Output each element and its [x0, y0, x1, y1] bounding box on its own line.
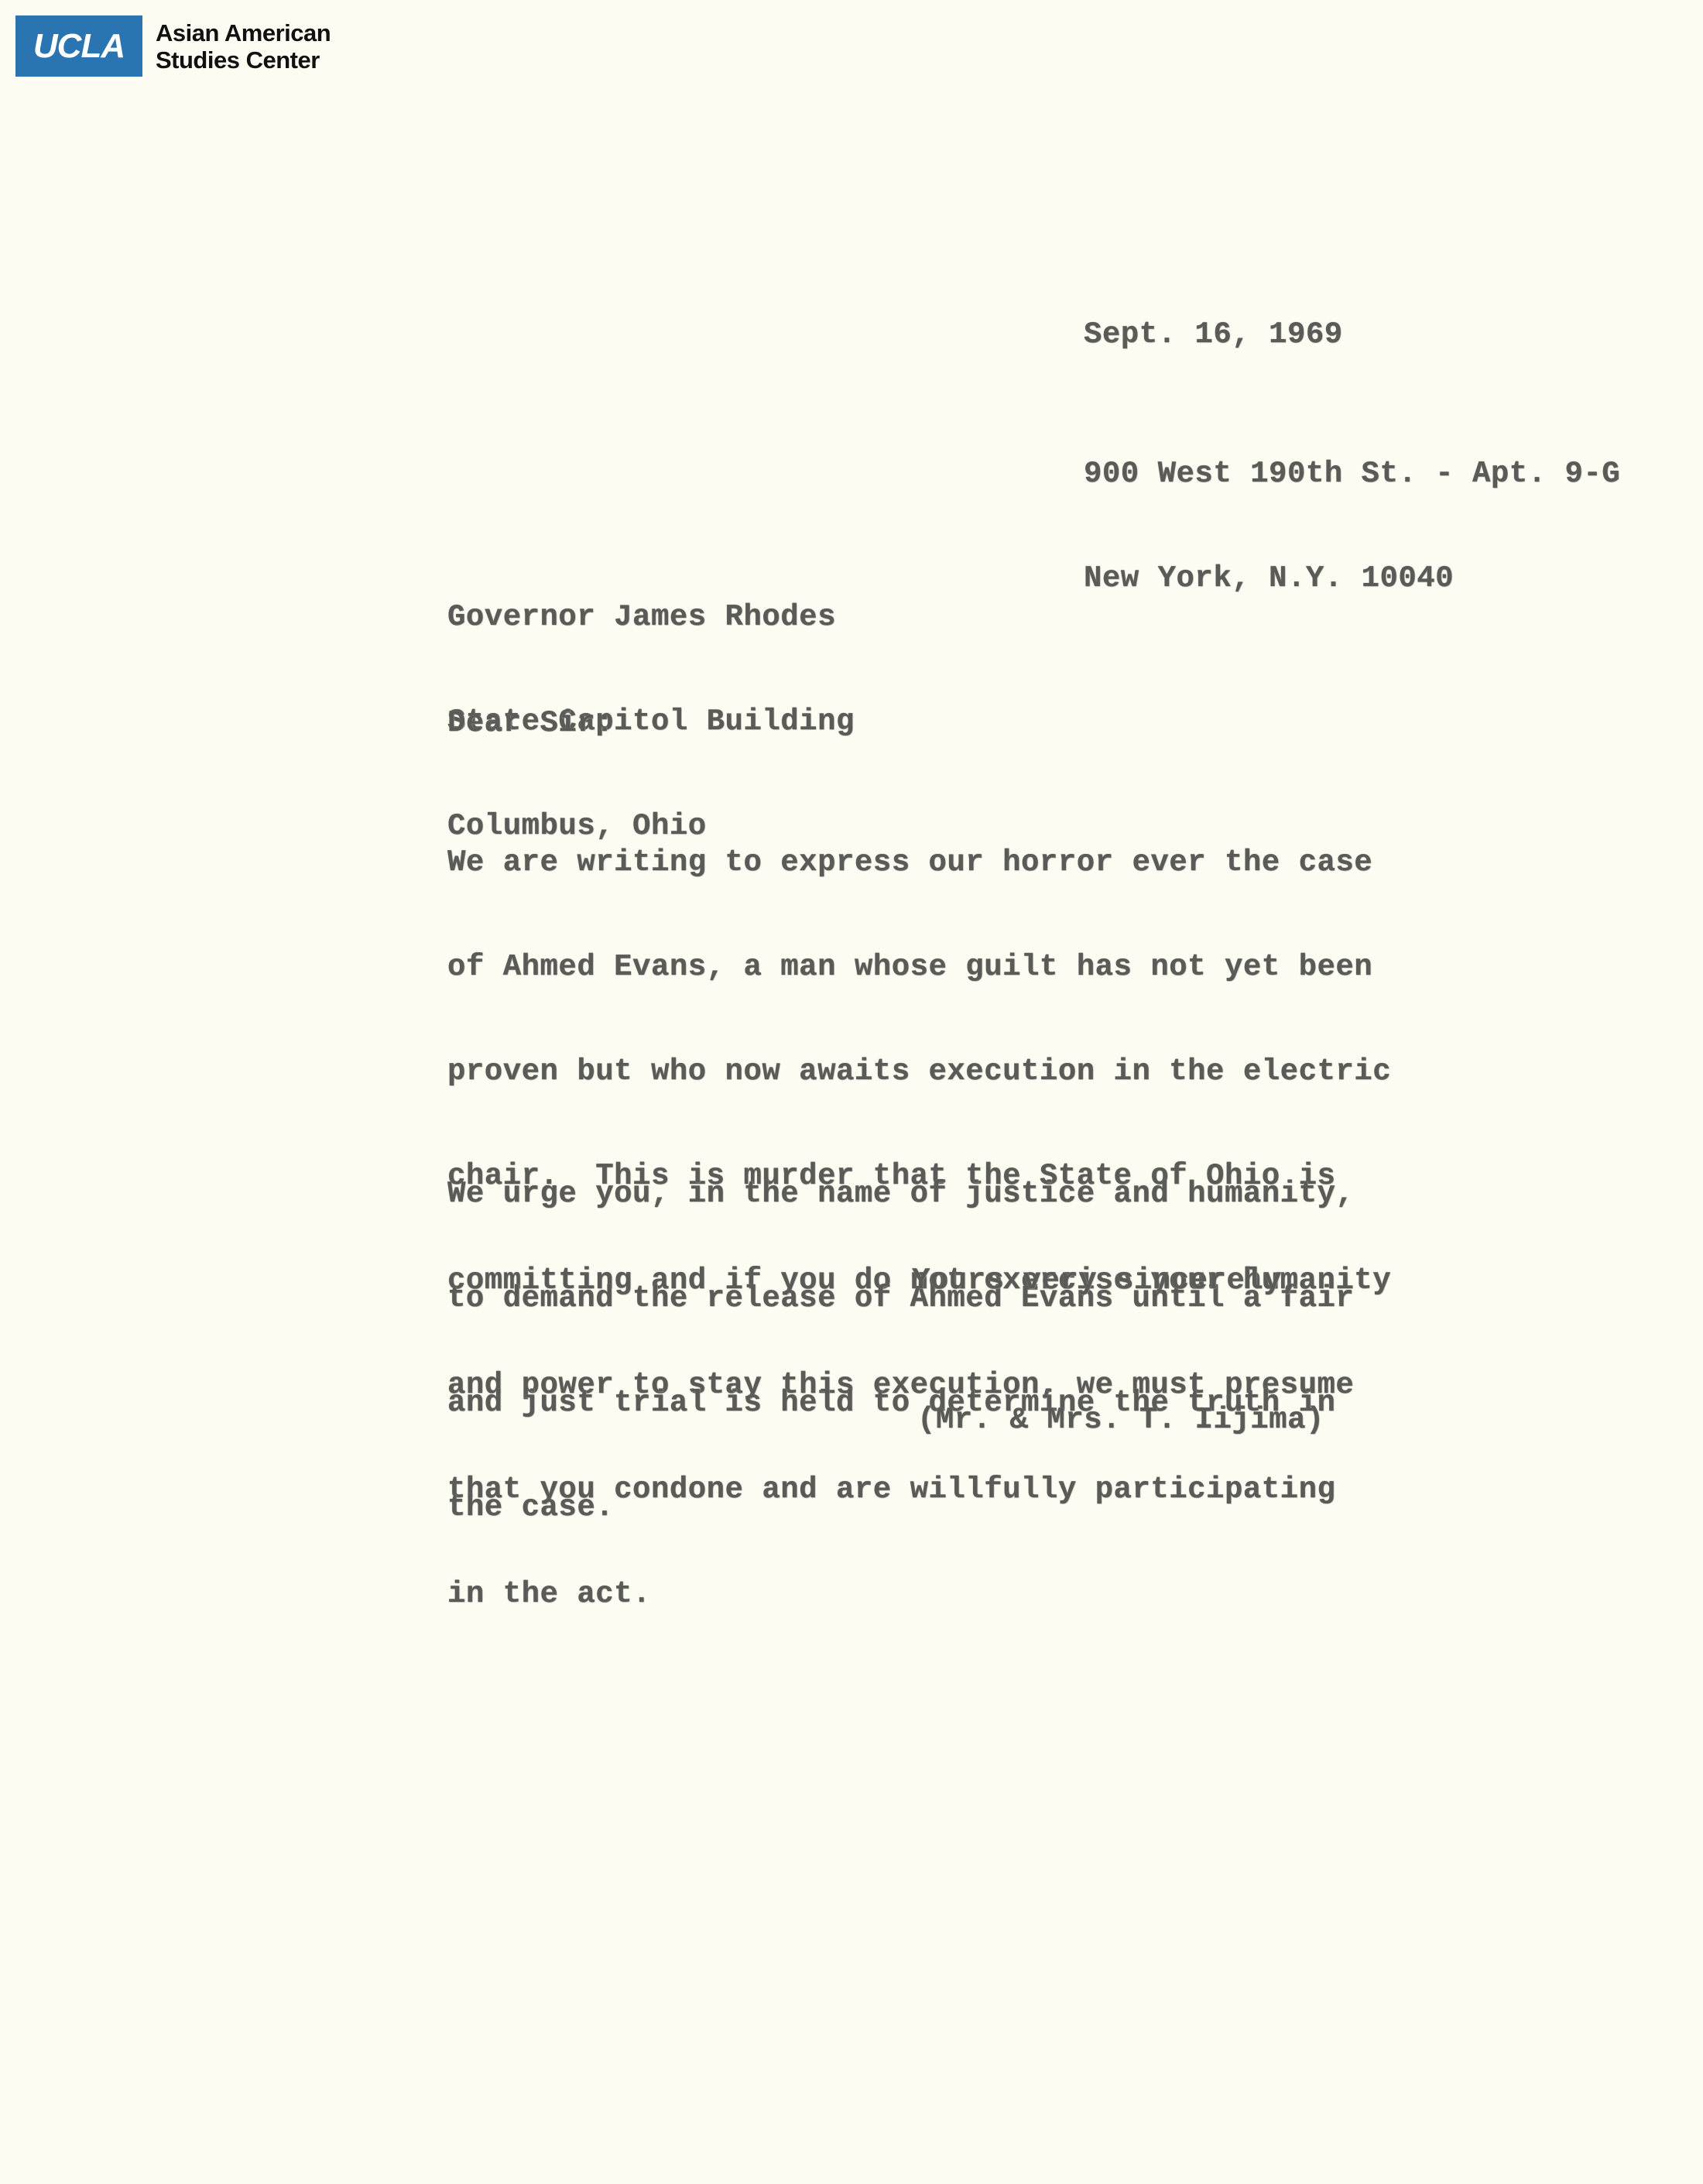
paragraph-line: the case. [447, 1490, 1354, 1525]
sender-address-line: New York, N.Y. 10040 [1084, 561, 1620, 596]
paragraph-line: We are writing to express our horror eve… [447, 845, 1391, 880]
letter-date: Sept. 16, 1969 [1084, 317, 1343, 352]
body-paragraph-2: We urge you, in the name of justice and … [447, 1107, 1354, 1560]
paragraph-line: proven but who now awaits execution in t… [447, 1054, 1391, 1089]
sender-address-line: 900 West 190th St. - Apt. 9-G [1084, 457, 1620, 492]
paragraph-line: We urge you, in the name of justice and … [447, 1177, 1354, 1212]
center-name-line2: Studies Center [156, 46, 331, 74]
center-name-line1: Asian American [156, 19, 331, 46]
signature: (Mr. & Mrs. T. Iijima) [917, 1403, 1324, 1438]
paragraph-line: of Ahmed Evans, a man whose guilt has no… [447, 950, 1391, 985]
center-name: Asian American Studies Center [156, 19, 331, 74]
salutation: Dear Sir: [447, 706, 614, 741]
ucla-aasc-logo: UCLA Asian American Studies Center [15, 15, 331, 77]
ucla-badge: UCLA [15, 15, 142, 77]
paragraph-line: in the act. [447, 1577, 1391, 1612]
recipient-line: Governor James Rhodes [447, 600, 855, 635]
closing: Yours very sincerely, [912, 1263, 1300, 1298]
sender-address: 900 West 190th St. - Apt. 9-G New York, … [1084, 387, 1620, 631]
